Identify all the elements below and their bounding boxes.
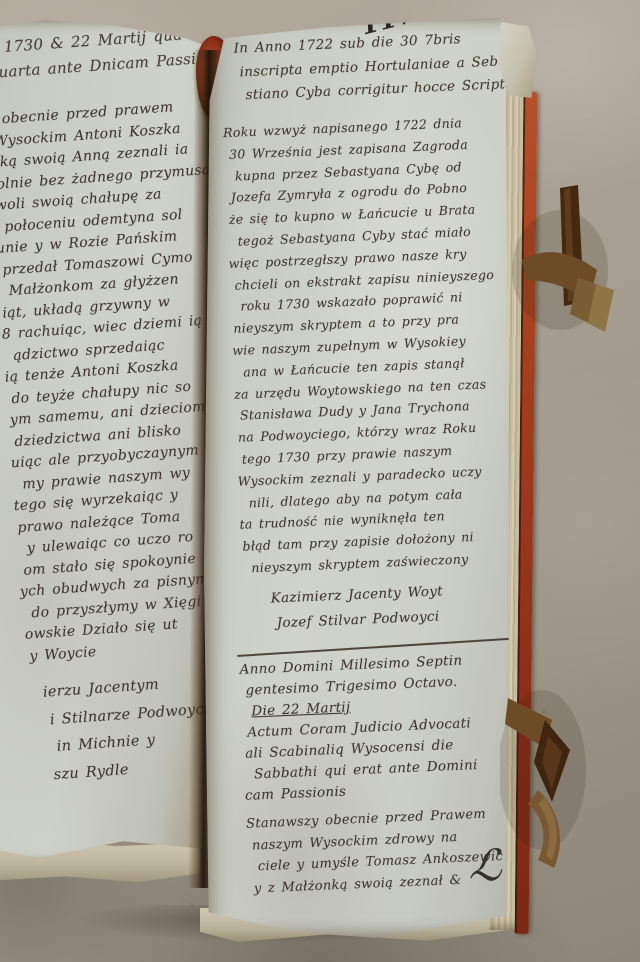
right-page-header: In Anno 1722 sub die 30 7brisinscripta e… [233, 26, 514, 108]
left-page: ni 1730 & 22 Martij quaquarta ante Dnica… [0, 20, 220, 858]
right-page: 117 In Anno 1722 sub die 30 7brisinscrip… [204, 18, 512, 938]
leather-strap-bottom [500, 690, 586, 868]
right-page-body-text: Roku wzwyż napisanego 1722 dnia30 Wrześn… [223, 111, 507, 579]
leather-strap-top [512, 185, 614, 332]
photo-manuscript-book: ni 1730 & 22 Martij quaquarta ante Dnica… [0, 0, 640, 962]
right-page-signatures: Kazimierz Jacenty WoytJozef Stilvar Podw… [270, 579, 444, 636]
right-page-text: 117 In Anno 1722 sub die 30 7brisinscrip… [202, 6, 548, 938]
third-entry-body-text: Stanawszy obecnie przed Prawemnaszym Wys… [246, 803, 505, 900]
leather-straps [500, 150, 640, 890]
flourish-mark: ℒ [468, 838, 505, 892]
latin-entry-heading: Anno Domini Millesimo Septingentesimo Tr… [239, 650, 479, 807]
